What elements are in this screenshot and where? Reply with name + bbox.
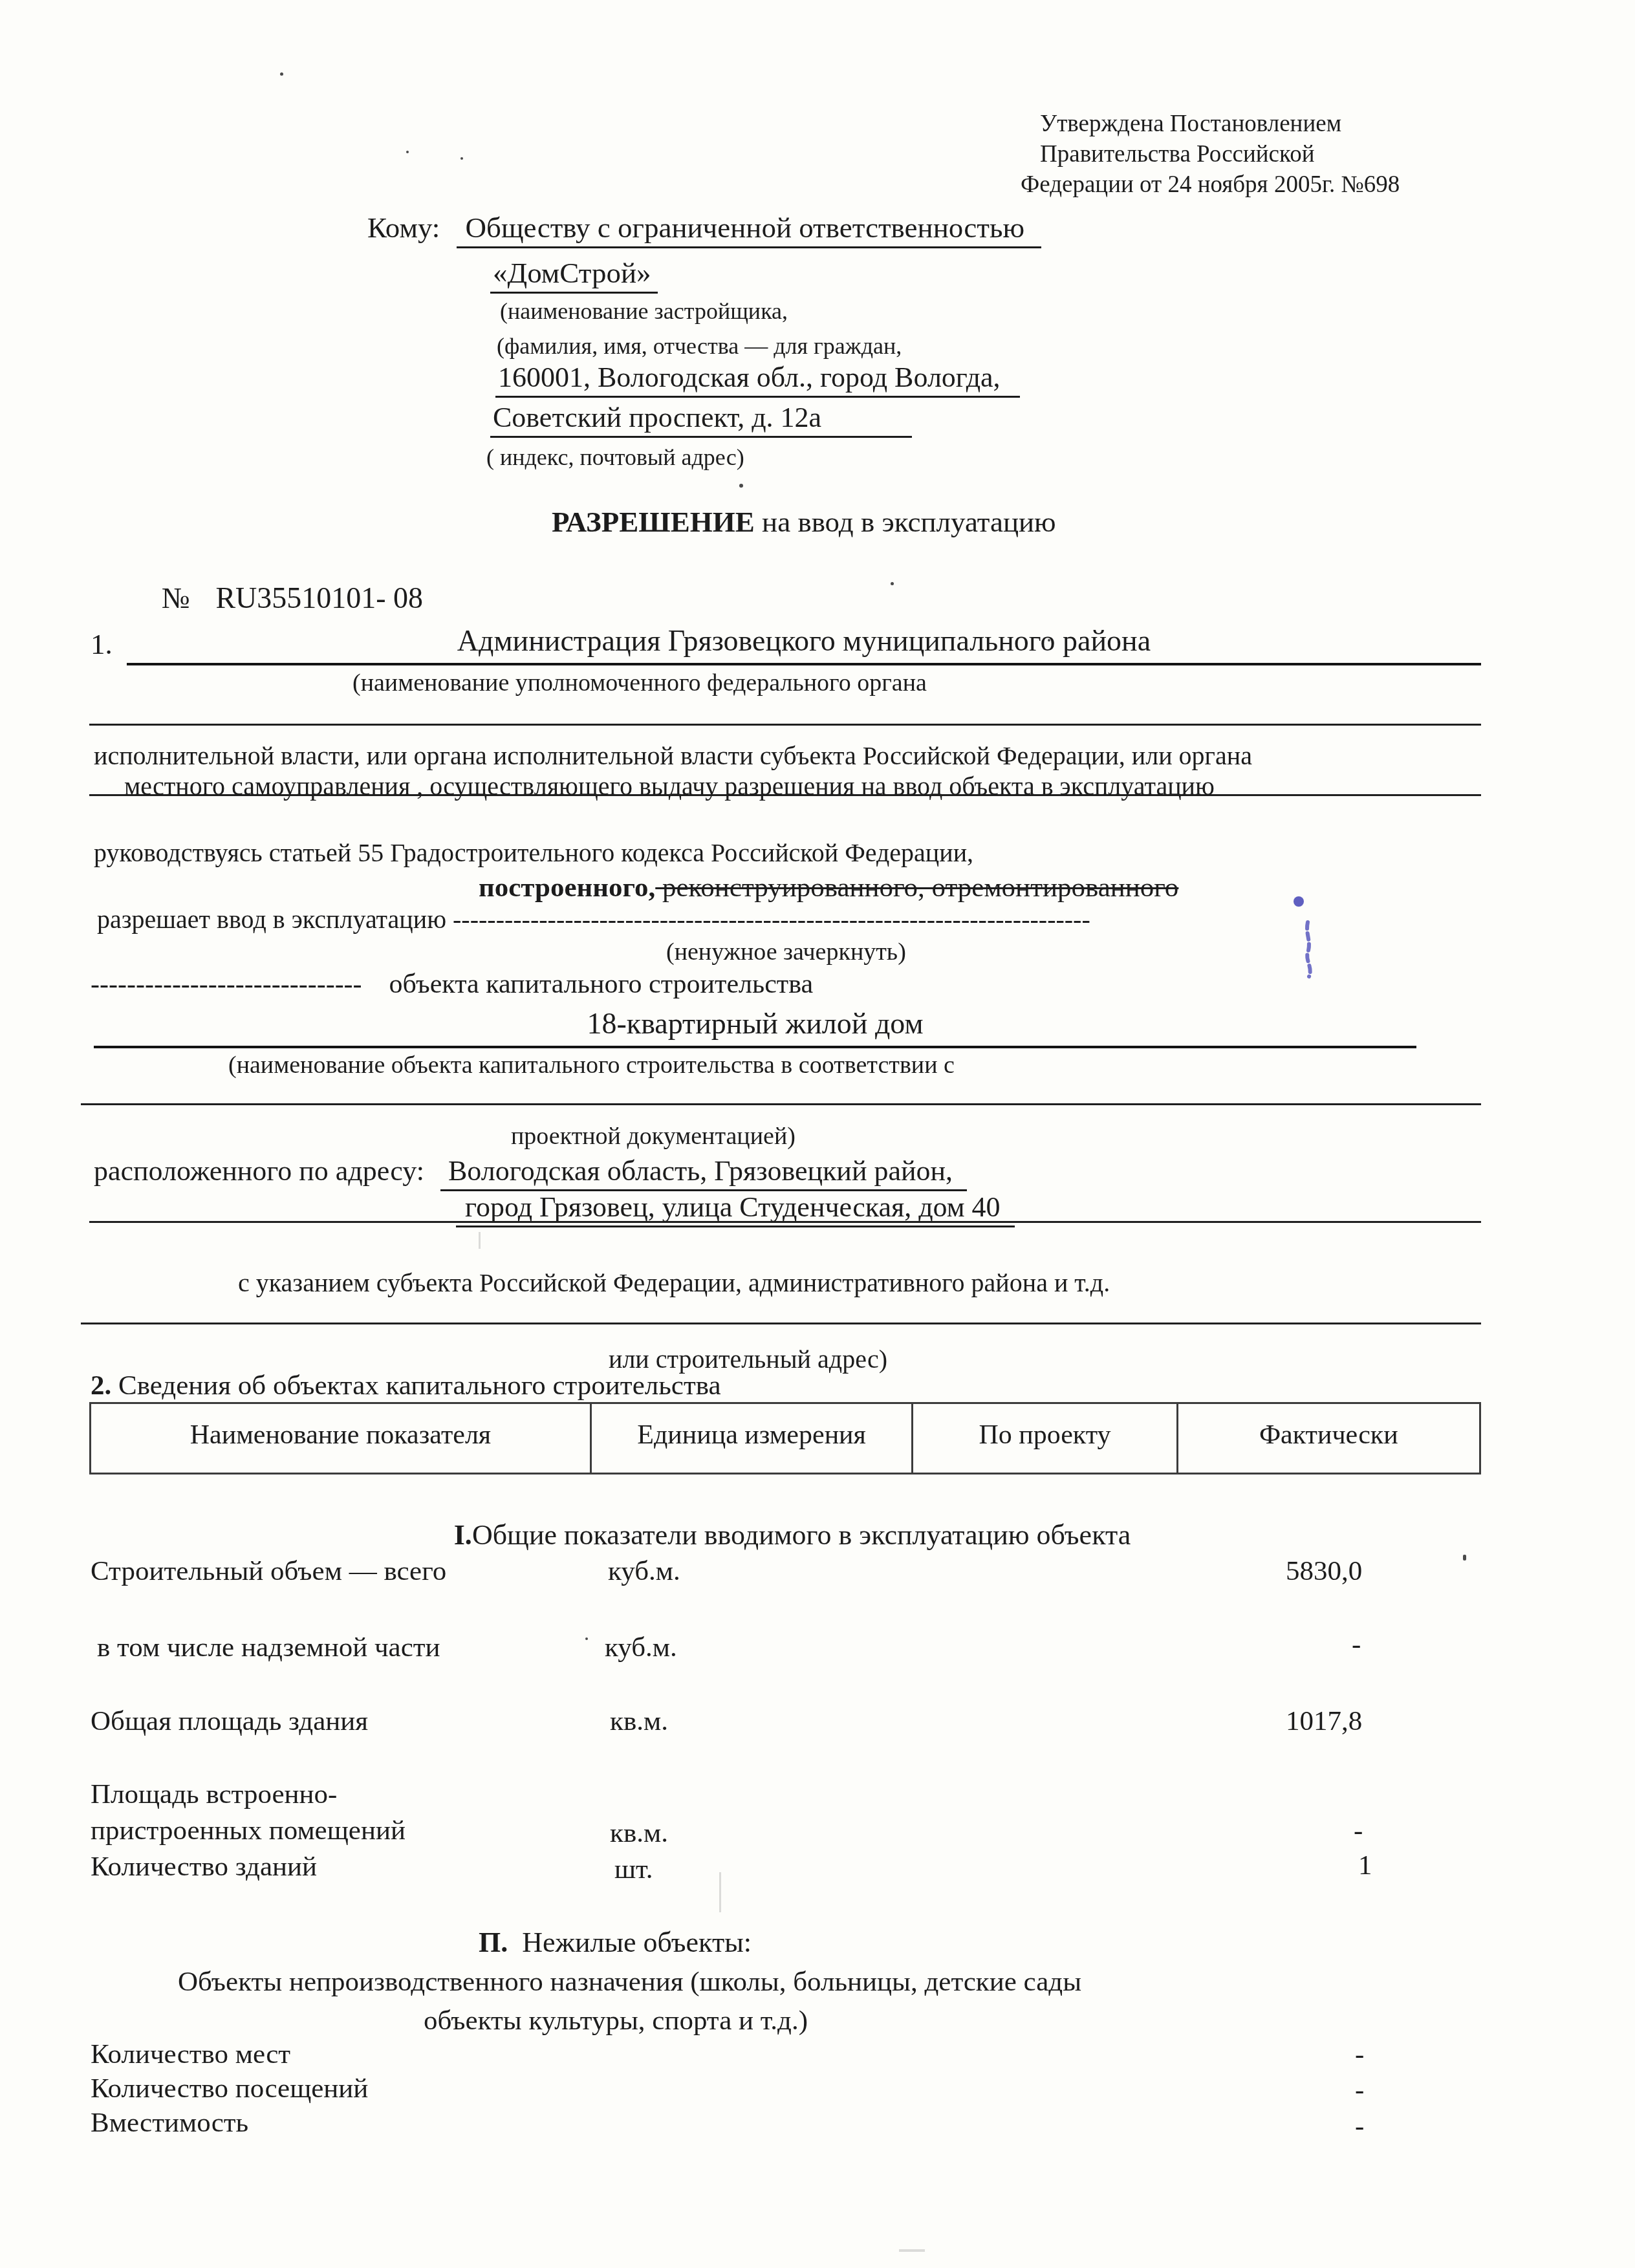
recipient-org-name: «ДомСтрой»	[490, 257, 658, 294]
underline-rule	[89, 794, 1481, 796]
located-value1: Вологодская область, Грязовецкий район,	[440, 1155, 967, 1191]
approval-line: Правительства Российской	[1021, 139, 1400, 169]
scan-artifact	[280, 72, 283, 76]
scan-artifact	[899, 2249, 925, 2252]
built-variants-line: построенного, реконструированного, отрем…	[479, 872, 1178, 903]
recipient-address2: Советский проспект, д. 12а	[490, 402, 912, 438]
authority-body-line1: исполнительной власти, или органа исполн…	[94, 740, 1252, 771]
recipient-hint3: ( индекс, почтовый адрес)	[486, 444, 744, 471]
located-hint1: с указанием субъекта Российской Федераци…	[238, 1268, 1110, 1298]
row-actual-value: -	[1355, 2038, 1364, 2070]
row-name: пристроенных помещений	[91, 1815, 406, 1846]
item1-number: 1.	[91, 627, 113, 661]
row-unit: шт.	[614, 1853, 653, 1885]
section2-title: П. Нежилые объекты:	[479, 1926, 752, 1959]
object-hint1: (наименование объекта капитального строи…	[228, 1051, 955, 1079]
item2-label: Сведения об объектах капитального строит…	[111, 1370, 720, 1401]
recipient-label: Кому:	[367, 211, 440, 244]
permit-number-line: № RU35510101- 08	[162, 581, 423, 615]
blank-rule	[89, 724, 1481, 726]
item2-header: 2. Сведения об объектах капитального стр…	[91, 1370, 721, 1401]
struck-words: реконструированного, отремонтированного	[655, 872, 1178, 903]
object-line: ------------------------------объекта ка…	[91, 969, 813, 1000]
row-actual-value: -	[1355, 2110, 1364, 2142]
recipient-line: Кому: Обществу с ограниченной ответствен…	[367, 211, 1041, 244]
row-name: Количество зданий	[91, 1851, 317, 1883]
scan-artifact	[891, 582, 894, 585]
scan-artifact	[1463, 1555, 1466, 1561]
recipient-address1: 160001, Вологодская обл., город Вологда,	[495, 362, 1020, 398]
located-label: расположенного по адресу:	[94, 1155, 424, 1187]
scan-artifact	[585, 1637, 588, 1640]
section1-number: I.	[454, 1519, 472, 1551]
row-actual-value: -	[1355, 2074, 1364, 2106]
blank-rule	[81, 1103, 1481, 1105]
dash-filler: ------------------------------	[91, 969, 362, 999]
row-actual-value: 1	[1358, 1850, 1372, 1881]
scan-artifact	[1048, 639, 1050, 642]
section1-title: I.Общие показатели вводимого в эксплуата…	[401, 1518, 1184, 1551]
indicators-table: Наименование показателя Единица измерени…	[89, 1402, 1481, 1474]
item2-number: 2.	[91, 1370, 111, 1401]
scan-artifact	[406, 151, 409, 153]
approval-line: Утверждена Постановлением	[1021, 109, 1400, 139]
crossout-hint: (ненужное зачеркнуть)	[666, 938, 906, 966]
row-unit: кв.м.	[610, 1817, 668, 1849]
object-hint2: проектной документацией)	[511, 1122, 796, 1150]
row-name: Строительный объем — всего	[91, 1555, 446, 1587]
document-title: РАЗРЕШЕНИЕ на ввод в эксплуатацию	[552, 505, 1056, 539]
row-unit: кв.м.	[610, 1705, 668, 1737]
row-unit: куб.м.	[608, 1555, 680, 1587]
built-word: построенного,	[479, 872, 655, 903]
authority-name: Администрация Грязовецкого муниципальног…	[127, 623, 1481, 665]
row-actual-value: -	[1354, 1815, 1363, 1846]
row-name: в том числе надземной части	[97, 1632, 440, 1663]
scan-artifact	[719, 1872, 721, 1912]
document-title-rest: на ввод в эксплуатацию	[755, 506, 1056, 538]
recipient-hint2: (фамилия, имя, отчества — для граждан,	[497, 332, 902, 360]
object-name: 18-квартирный жилой дом	[94, 1006, 1416, 1048]
recipient-address1-line: 160001, Вологодская обл., город Вологда,	[495, 361, 1020, 394]
recipient-address2-line: Советский проспект, д. 12а	[490, 401, 912, 434]
row-name: Вместимость	[91, 2107, 248, 2139]
located-line: расположенного по адресу: Вологодская об…	[94, 1154, 967, 1187]
permits-label: разрешает ввод в эксплуатацию	[97, 905, 453, 934]
row-unit: куб.м.	[605, 1632, 677, 1663]
scan-artifact	[739, 484, 743, 488]
pen-mark	[1286, 891, 1331, 985]
dash-filler: ----------------------------------------…	[453, 905, 1090, 934]
table-header-indicator: Наименование показателя	[91, 1404, 590, 1473]
blank-rule	[81, 1323, 1481, 1324]
scan-artifact	[460, 157, 463, 160]
scan-artifact	[479, 1232, 481, 1249]
section1-title-text: Общие показатели вводимого в эксплуатаци…	[472, 1519, 1131, 1551]
row-actual-value: 5830,0	[1286, 1555, 1362, 1587]
object-label: объекта капитального строительства	[389, 969, 814, 999]
document-title-word: РАЗРЕШЕНИЕ	[552, 506, 755, 538]
table-header-project: По проекту	[911, 1404, 1176, 1473]
row-name: Количество мест	[91, 2038, 290, 2070]
authority-hint: (наименование уполномоченного федерально…	[352, 669, 927, 697]
row-actual-value: 1017,8	[1286, 1705, 1362, 1737]
authority-body-line2: местного самоуправления , осуществляющег…	[124, 771, 1215, 801]
located-line2: город Грязовец, улица Студенческая, дом …	[456, 1191, 1015, 1224]
guided-by-line: руководствуясь статьей 55 Градостроитель…	[94, 837, 973, 868]
section2-title-text: Нежилые объекты:	[508, 1927, 752, 1958]
scanned-permit-document: Утверждена Постановлением Правительства …	[0, 0, 1635, 2268]
section2-subtitle1: Объекты непроизводственного назначения (…	[178, 1966, 1081, 1998]
row-name: Общая площадь здания	[91, 1705, 368, 1737]
recipient-org-name-line: «ДомСтрой»	[490, 256, 658, 290]
section2-number: П.	[479, 1927, 508, 1958]
table-header-unit: Единица измерения	[590, 1404, 911, 1473]
row-name: Количество посещений	[91, 2073, 368, 2104]
recipient-hint1: (наименование застройщика,	[500, 297, 788, 325]
approval-line: Федерации от 24 ноября 2005г. №698	[1021, 169, 1400, 200]
permits-line: разрешает ввод в эксплуатацию ----------…	[97, 904, 1090, 934]
recipient-org-type: Обществу с ограниченной ответственностью	[457, 211, 1042, 248]
table-header-actual: Фактически	[1176, 1404, 1479, 1473]
approval-block: Утверждена Постановлением Правительства …	[1021, 109, 1400, 200]
row-name: Площадь встроенно-	[91, 1778, 337, 1810]
permit-number: RU35510101- 08	[215, 581, 423, 614]
number-sign: №	[162, 581, 190, 614]
section2-subtitle2: объекты культуры, спорта и т.д.)	[424, 2005, 808, 2036]
row-actual-value: -	[1352, 1628, 1361, 1660]
underline-rule	[89, 1221, 1481, 1223]
